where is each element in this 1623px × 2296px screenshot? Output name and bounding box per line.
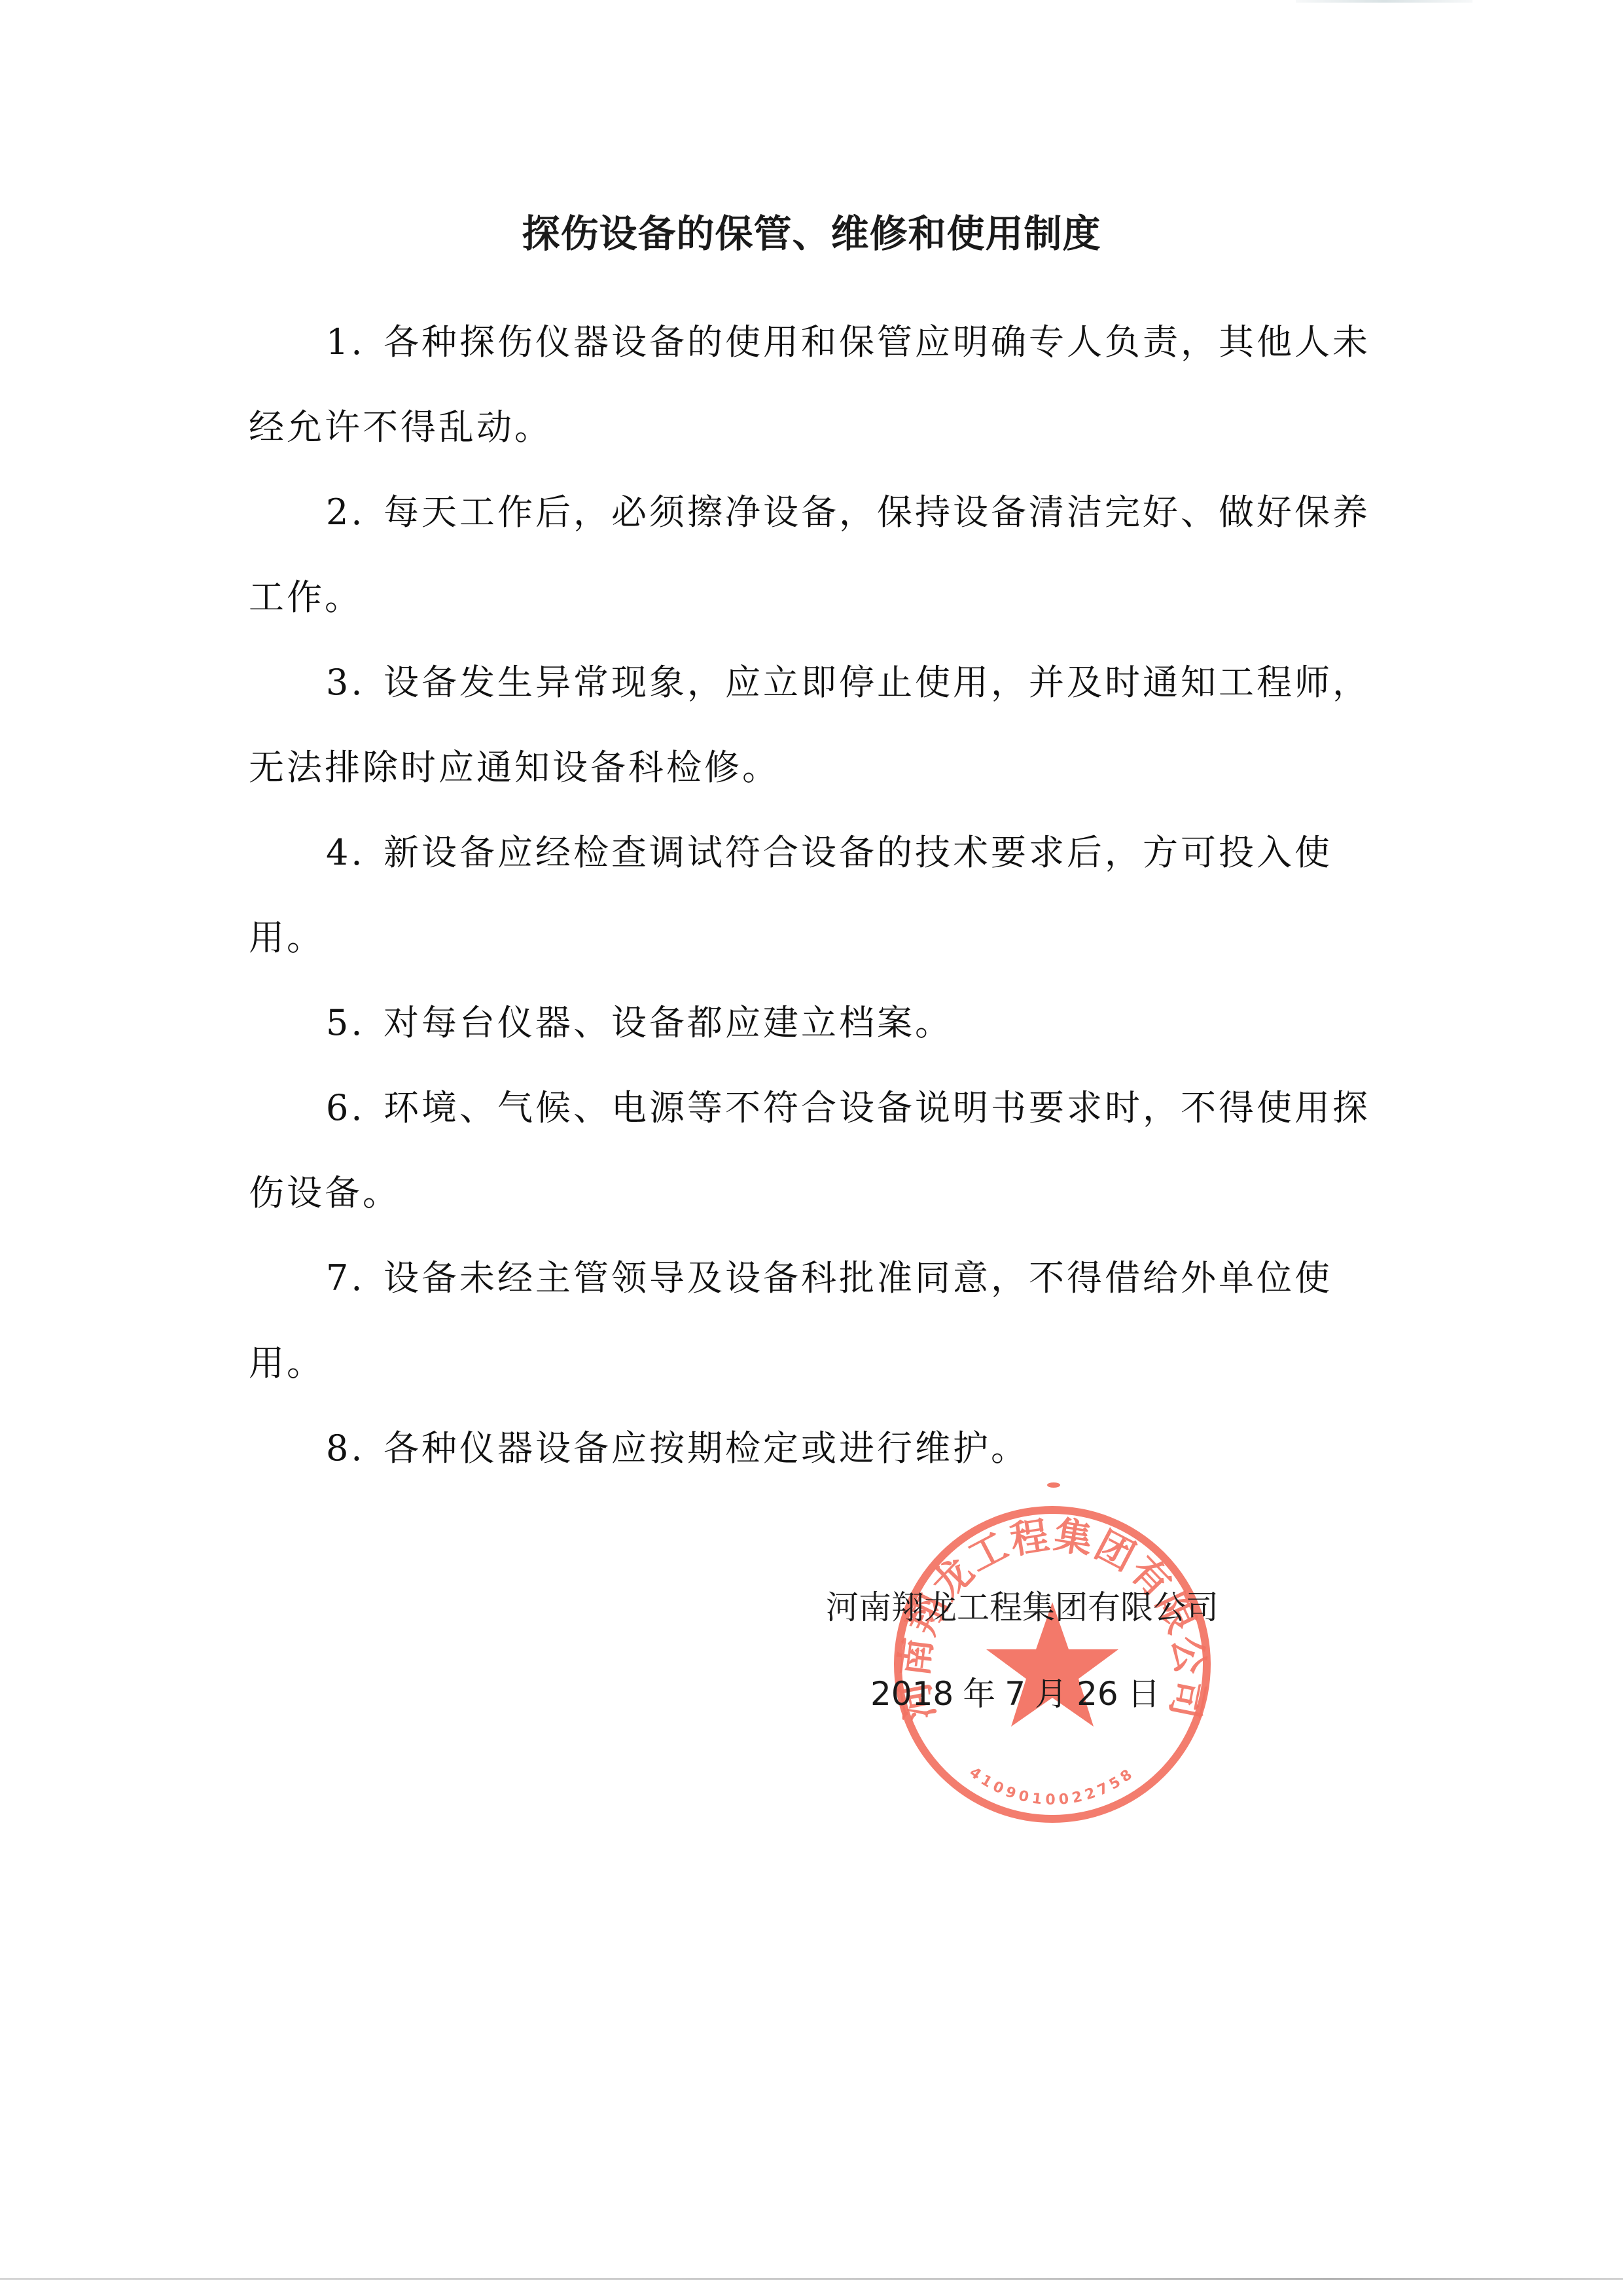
- rule-number: 6.: [326, 1066, 383, 1151]
- page-title: 探伤设备的保管、维修和使用制度: [0, 211, 1623, 257]
- rule-line-continuation: 伤设备。: [249, 1151, 1374, 1236]
- seal-code-text: 4109010022758: [966, 1765, 1138, 1808]
- rule-line: 3.设备发生异常现象，应立即停止使用，并及时通知工程师，: [249, 640, 1374, 725]
- date-month: 7: [1005, 1675, 1026, 1713]
- date-day: 26: [1077, 1675, 1118, 1713]
- rule-item: 6.环境、气候、电源等不符合设备说明书要求时，不得使用探 伤设备。: [249, 1066, 1374, 1236]
- rule-item: 2.每天工作后，必须擦净设备，保持设备清洁完好、做好保养 工作。: [249, 470, 1374, 640]
- signature-date: 2018年7月26日: [818, 1674, 1276, 1713]
- date-month-unit: 月: [1035, 1675, 1067, 1713]
- rule-line: 8.各种仪器设备应按期检定或进行维护。: [249, 1406, 1374, 1491]
- rule-text: 对每台仪器、设备都应建立档案。: [383, 1002, 953, 1043]
- rule-item: 4.新设备应经检查调试符合设备的技术要求后，方可投入使用。: [249, 810, 1374, 980]
- rules-list: 1.各种探伤仪器设备的使用和保管应明确专人负责，其他人未 经允许不得乱动。 2.…: [249, 300, 1374, 1491]
- rule-text: 设备发生异常现象，应立即停止使用，并及时通知工程师，: [383, 662, 1370, 703]
- rule-number: 1.: [326, 300, 383, 385]
- rule-number: 5.: [326, 980, 383, 1066]
- rule-text: 各种探伤仪器设备的使用和保管应明确专人负责，其他人未: [383, 321, 1370, 363]
- rule-number: 2.: [326, 470, 383, 555]
- rule-line: 2.每天工作后，必须擦净设备，保持设备清洁完好、做好保养: [249, 470, 1374, 555]
- date-day-unit: 日: [1128, 1675, 1160, 1713]
- rule-line: 6.环境、气候、电源等不符合设备说明书要求时，不得使用探: [249, 1066, 1374, 1151]
- date-year-unit: 年: [963, 1675, 995, 1713]
- company-name: 河南翔龙工程集团有限公司: [818, 1588, 1276, 1627]
- rule-item: 5.对每台仪器、设备都应建立档案。: [249, 980, 1374, 1066]
- rule-number: 4.: [326, 810, 383, 895]
- rule-line: 5.对每台仪器、设备都应建立档案。: [249, 980, 1374, 1066]
- rule-text: 各种仪器设备应按期检定或进行维护。: [383, 1427, 1029, 1469]
- rule-line: 7.设备未经主管领导及设备科批准同意，不得借给外单位使用。: [249, 1236, 1374, 1406]
- rule-item: 1.各种探伤仪器设备的使用和保管应明确专人负责，其他人未 经允许不得乱动。: [249, 300, 1374, 470]
- date-year: 2018: [870, 1675, 954, 1713]
- rule-line: 1.各种探伤仪器设备的使用和保管应明确专人负责，其他人未: [249, 300, 1374, 385]
- signature-block: 河南翔龙工程集团有限公司 2018年7月26日: [818, 1588, 1276, 1713]
- rule-line-continuation: 经允许不得乱动。: [249, 385, 1374, 470]
- rule-number: 7.: [326, 1236, 383, 1321]
- rule-line: 4.新设备应经检查调试符合设备的技术要求后，方可投入使用。: [249, 810, 1374, 980]
- seal-ink-dot: [1047, 1482, 1060, 1488]
- scan-edge-line: [0, 2278, 1623, 2280]
- rule-item: 3.设备发生异常现象，应立即停止使用，并及时通知工程师， 无法排除时应通知设备科…: [249, 640, 1374, 810]
- rule-line-continuation: 无法排除时应通知设备科检修。: [249, 725, 1374, 810]
- rule-number: 3.: [326, 640, 383, 725]
- rule-text: 环境、气候、电源等不符合设备说明书要求时，不得使用探: [383, 1087, 1370, 1128]
- rule-text: 每天工作后，必须擦净设备，保持设备清洁完好、做好保养: [383, 492, 1370, 533]
- scan-artifact: [1296, 0, 1472, 3]
- rule-number: 8.: [326, 1406, 383, 1491]
- rule-text: 设备未经主管领导及设备科批准同意，不得借给外单位使用。: [249, 1257, 1332, 1384]
- rule-item: 8.各种仪器设备应按期检定或进行维护。: [249, 1406, 1374, 1491]
- rule-item: 7.设备未经主管领导及设备科批准同意，不得借给外单位使用。: [249, 1236, 1374, 1406]
- rule-text: 新设备应经检查调试符合设备的技术要求后，方可投入使用。: [249, 832, 1332, 958]
- rule-line-continuation: 工作。: [249, 555, 1374, 640]
